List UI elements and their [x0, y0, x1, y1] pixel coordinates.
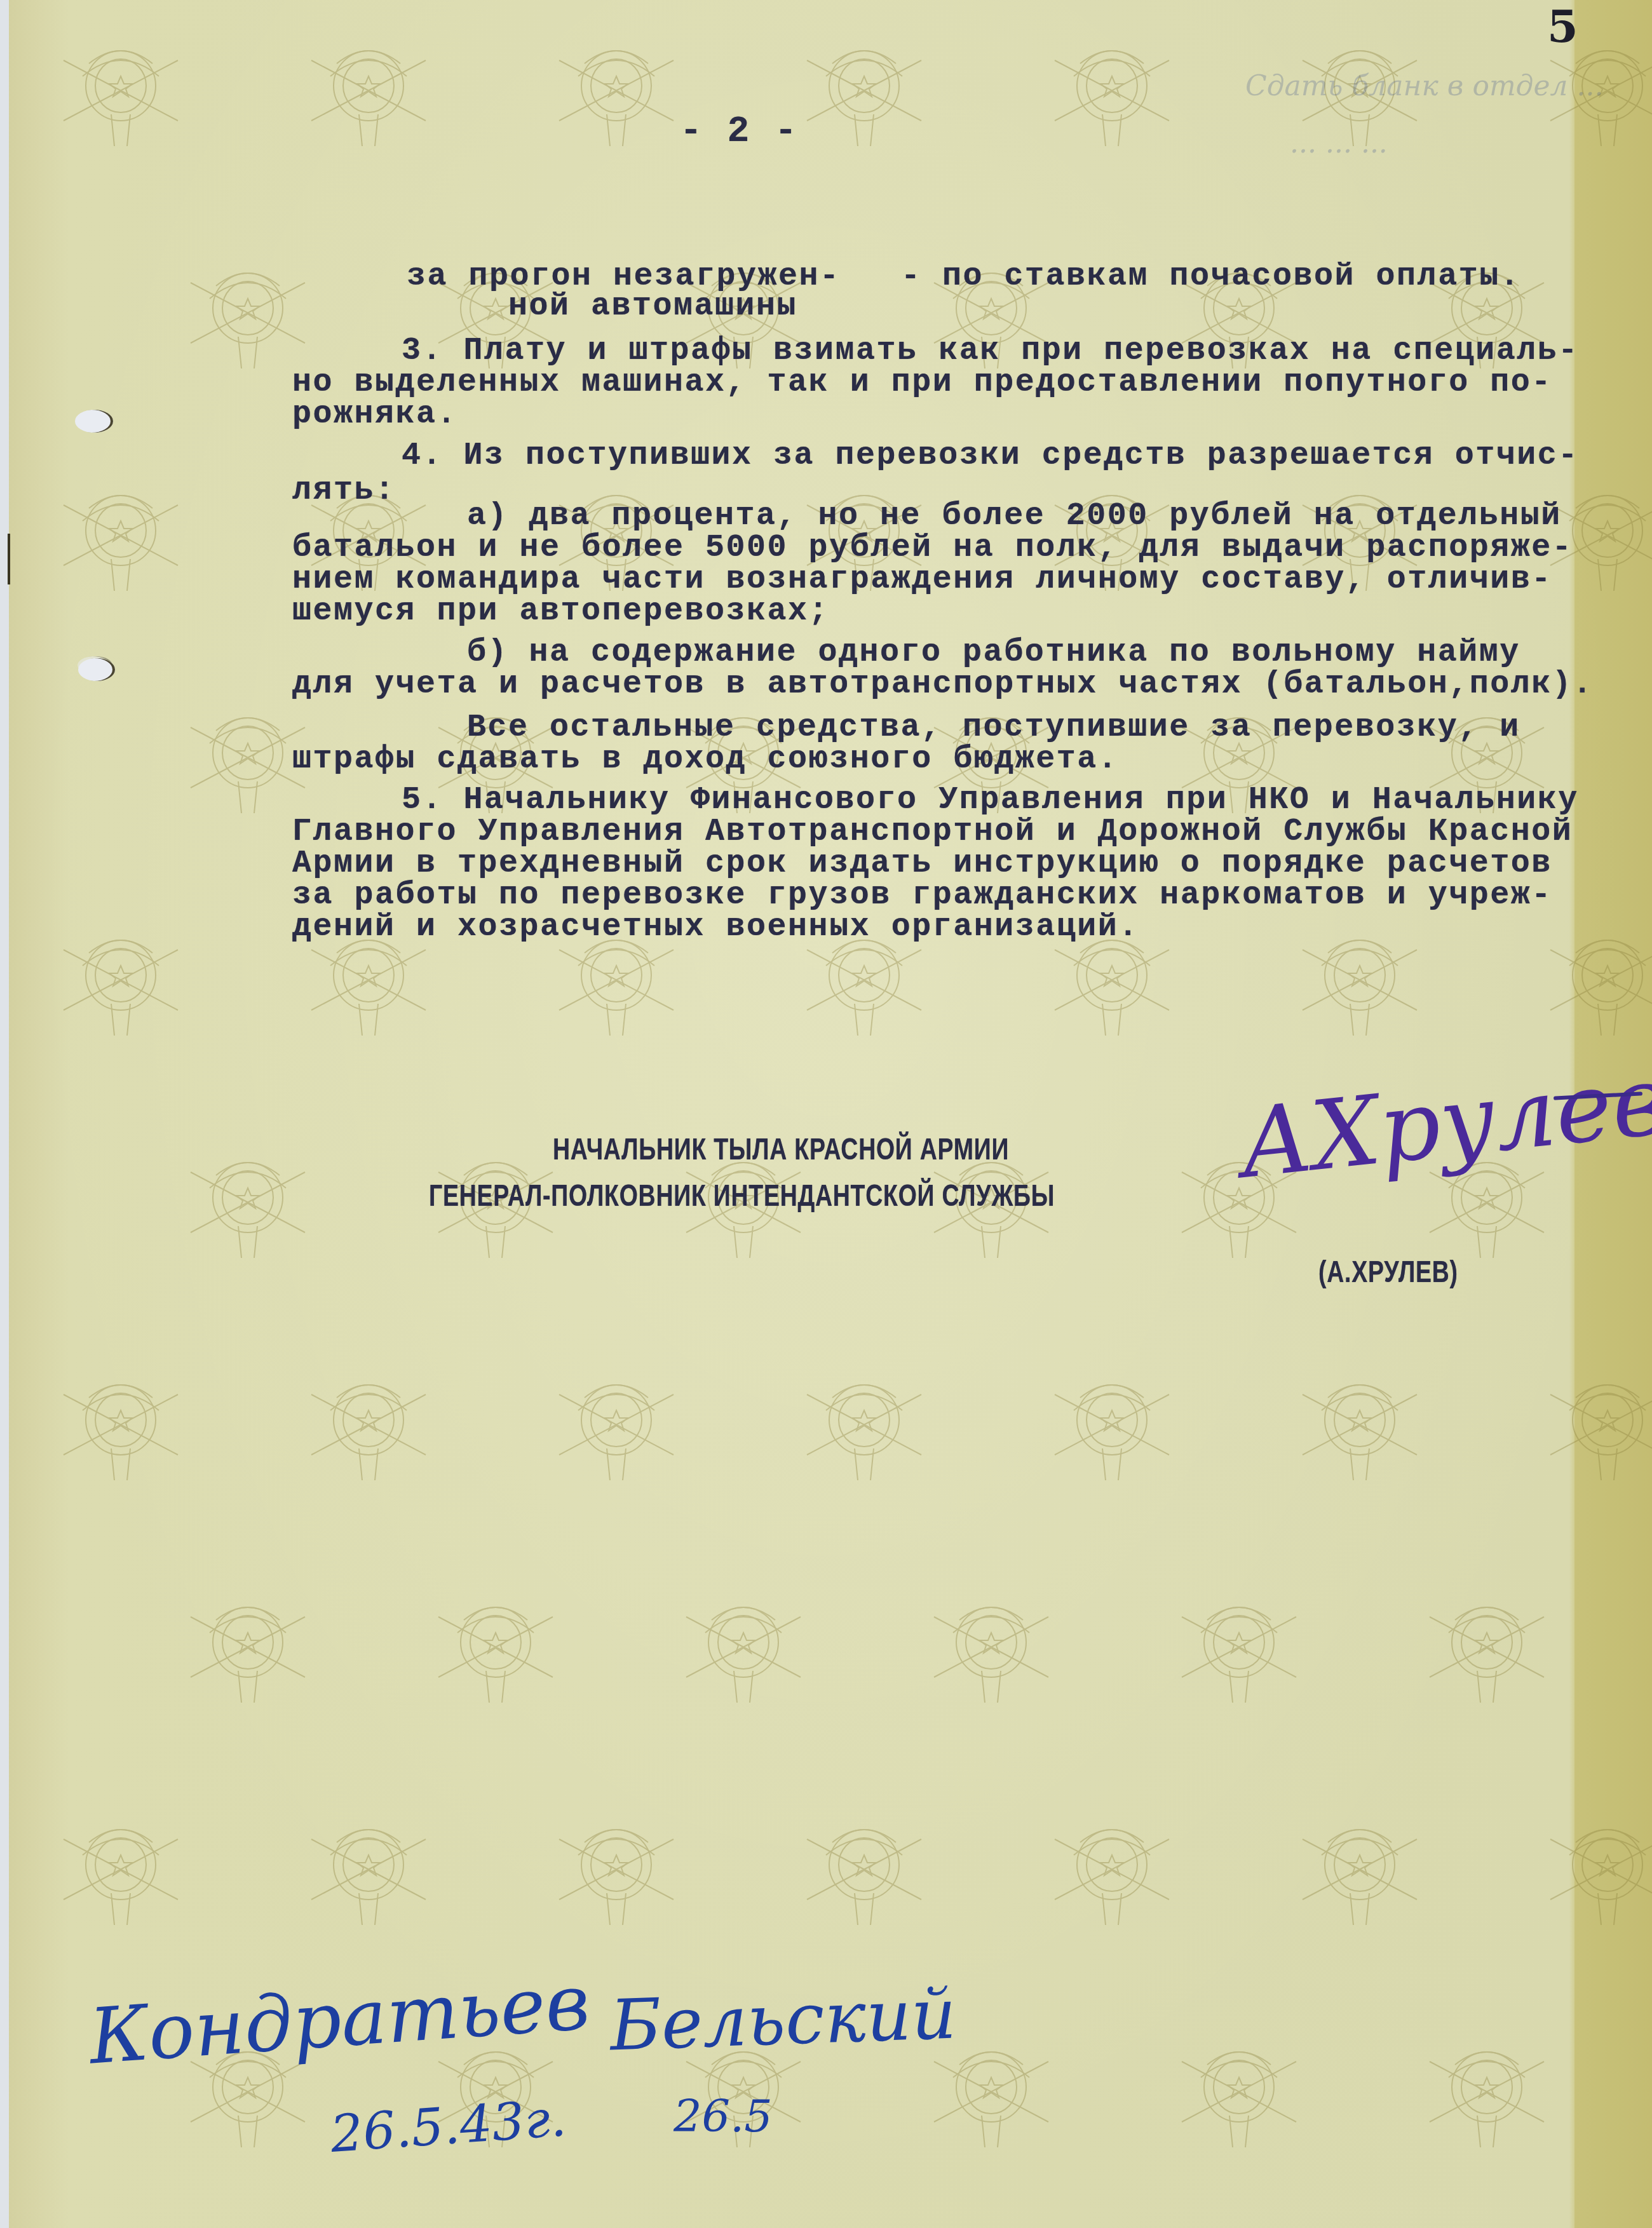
watermark-emblem: [1169, 2027, 1309, 2154]
watermark-emblem: [794, 25, 934, 152]
watermark-emblem: [546, 1360, 686, 1487]
watermark-emblem: [426, 1582, 565, 1709]
watermark-emblem: [1042, 1804, 1182, 1931]
paragraph-remaining-line-1: Все остальные средства, поступившие за п…: [467, 710, 1520, 746]
watermark-emblem: [51, 915, 191, 1042]
approval-signature-right: Бельский: [609, 1973, 958, 2067]
watermark-emblem: [1290, 915, 1430, 1042]
paragraph-5-line-3: Армии в трехдневный срок издать инструкц…: [292, 846, 1552, 882]
signatory-title-line-2: ГЕНЕРАЛ-ПОЛКОВНИК ИНТЕНДАНТСКОЙ СЛУЖБЫ: [429, 1178, 1055, 1214]
paragraph-3-line-2: но выделенных машинах, так и при предост…: [292, 365, 1552, 401]
paragraph-4a-line-1: а) два процента, но не более 2000 рублей…: [467, 499, 1562, 534]
watermark-emblem: [51, 25, 191, 152]
faded-margin-note-line-1: Сдать бланк в отдел ...: [1245, 70, 1604, 102]
watermark-emblem: [1538, 1360, 1652, 1487]
paragraph-4b-line-2: для учета и расчетов в автотранспортных …: [292, 667, 1594, 703]
page-marker: - 2 -: [680, 114, 799, 150]
paragraph-4-line-2: лять:: [292, 473, 396, 509]
paragraph-4b-line-1: б) на содержание одного работника по вол…: [467, 635, 1520, 671]
watermark-emblem: [51, 1360, 191, 1487]
watermark-emblem: [1169, 1582, 1309, 1709]
paragraph-4a-line-4: шемуся при автоперевозках;: [292, 594, 829, 630]
paragraph-4a-line-2: батальон и не более 5000 рублей на полк,…: [292, 530, 1573, 566]
watermark-emblem: [674, 1582, 813, 1709]
watermark-emblem: [1538, 1804, 1652, 1931]
watermark-emblem: [178, 1582, 318, 1709]
faded-margin-note-line-2: ... ... ...: [1290, 127, 1388, 159]
watermark-emblem: [1290, 1804, 1430, 1931]
paragraph-4-line-1: 4. Из поступивших за перевозки средств р…: [402, 438, 1579, 474]
signatory-name: (А.ХРУЛЕВ): [1318, 1255, 1458, 1290]
watermark-emblem: [1417, 1582, 1557, 1709]
tariff-rate: - по ставкам почасовой оплаты.: [901, 259, 1520, 295]
paragraph-3-line-1: 3. Плату и штрафы взимать как при перево…: [402, 334, 1579, 369]
paragraph-4a-line-3: нием командира части вознаграждения личн…: [292, 562, 1552, 598]
watermark-emblem: [794, 1804, 934, 1931]
watermark-emblem: [178, 248, 318, 375]
watermark-emblem: [546, 25, 686, 152]
watermark-emblem: [299, 1804, 438, 1931]
tariff-item-line-2: ной автомашины: [508, 289, 797, 325]
watermark-emblem: [1042, 1360, 1182, 1487]
watermark-emblem: [51, 470, 191, 597]
paragraph-5-line-2: Главного Управления Автотранспортной и Д…: [292, 814, 1573, 850]
paragraph-5-line-5: дений и хозрасчетных военных организаций…: [292, 910, 1139, 945]
watermark-emblem: [1538, 915, 1652, 1042]
watermark-emblem: [299, 25, 438, 152]
watermark-emblem: [1042, 25, 1182, 152]
watermark-emblem: [51, 1804, 191, 1931]
watermark-emblem: [794, 1360, 934, 1487]
paragraph-5-line-1: 5. Начальнику Финансового Управления при…: [402, 783, 1579, 818]
watermark-emblem: [178, 1137, 318, 1264]
scan-left-edge: [0, 0, 9, 2228]
paragraph-5-line-4: за работы по перевозке грузов граждански…: [292, 878, 1552, 914]
approval-date-right: 26.5: [674, 2090, 773, 2142]
punch-hole-top: [75, 410, 113, 433]
signatory-title-line-1: НАЧАЛЬНИК ТЫЛА КРАСНОЙ АРМИИ: [553, 1132, 1009, 1168]
archive-page-number: 5: [1547, 0, 1578, 53]
watermark-emblem: [1290, 1360, 1430, 1487]
watermark-emblem: [1417, 2027, 1557, 2154]
paragraph-3-line-3: рожняка.: [292, 397, 457, 433]
punch-hole-second: [78, 658, 115, 681]
watermark-emblem: [546, 1804, 686, 1931]
watermark-emblem: [921, 1582, 1061, 1709]
paragraph-remaining-line-2: штрафы сдавать в доход союзного бюджета.: [292, 742, 1118, 778]
scan-edge-shadow: [8, 534, 10, 584]
watermark-emblem: [299, 1360, 438, 1487]
